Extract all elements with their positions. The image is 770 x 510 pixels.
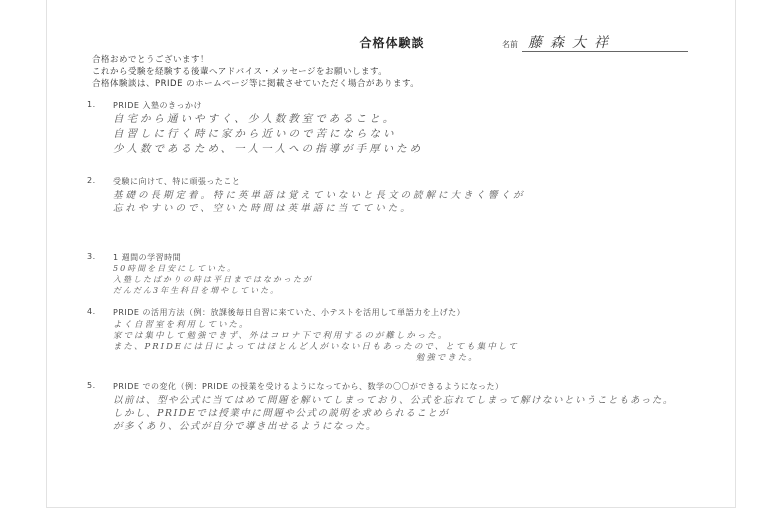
question-text: PRIDE 入塾のきっかけ (113, 100, 202, 111)
experience-form-sheet: 合格体験談 名前 藤森大祥 合格おめでとうございます！ これから受験を経験する後… (46, 0, 736, 508)
intro-line: これから受験を経験する後輩へアドバイス・メッセージをお願いします。 (92, 66, 419, 78)
section-3: 3. 1 週間の学習時間 50時間を目安にしていた。 入塾したばかりの時は平日ま… (87, 252, 313, 296)
section-4: 4. PRIDE の活用方法（例：放課後毎日自習に来ていた、小テストを活用して単… (87, 307, 519, 362)
answer-line: 基礎の長期定着。特に英単語は覚えていないと長文の読解に大きく響くが (113, 187, 526, 200)
question-number: 1. (87, 100, 113, 111)
question-2: 2. 受験に向けて、特に頑張ったこと (87, 176, 526, 187)
name-label: 名前 (502, 39, 518, 52)
intro-line: 合格体験談は、PRIDE のホームページ等に掲載させていただく場合があります。 (92, 78, 419, 90)
question-text: 受験に向けて、特に頑張ったこと (113, 176, 240, 187)
question-text: PRIDE での変化（例：PRIDE の授業を受けるようになってから、数学の〇〇… (113, 381, 504, 392)
answer-line: 50時間を目安にしていた。 (113, 263, 313, 274)
answer-line: だんだん3年生科目を増やしていた。 (113, 285, 313, 296)
intro-line: 合格おめでとうございます！ (92, 54, 419, 66)
answer-line: しかし、PRIDEでは授業中に問題や公式の説明を求められることが (113, 405, 674, 418)
name-value: 藤森大祥 (522, 35, 688, 52)
question-1: 1. PRIDE 入塾のきっかけ (87, 100, 423, 111)
question-3: 3. 1 週間の学習時間 (87, 252, 313, 263)
question-number: 2. (87, 176, 113, 187)
question-number: 5. (87, 381, 113, 392)
question-5: 5. PRIDE での変化（例：PRIDE の授業を受けるようになってから、数学… (87, 381, 674, 392)
name-field: 名前 藤森大祥 (502, 35, 688, 52)
intro-text: 合格おめでとうございます！ これから受験を経験する後輩へアドバイス・メッセージを… (92, 54, 419, 90)
answer-2: 基礎の長期定着。特に英単語は覚えていないと長文の読解に大きく響くが 忘れやすいの… (113, 187, 526, 213)
question-4: 4. PRIDE の活用方法（例：放課後毎日自習に来ていた、小テストを活用して単… (87, 307, 519, 318)
section-2: 2. 受験に向けて、特に頑張ったこと 基礎の長期定着。特に英単語は覚えていないと… (87, 176, 526, 213)
question-number: 4. (87, 307, 113, 318)
answer-line: また、PRIDEには日によってはほとんど人がいない日もあったので、とても集中して (113, 340, 519, 351)
answer-line: 忘れやすいので、空いた時間は英単語に当てていた。 (113, 200, 526, 213)
answer-line: 勉強できた。 (113, 351, 519, 362)
answer-line: 自宅から通いやすく、少人数教室であること。 (113, 111, 423, 126)
answer-line: 少人数であるため、一人一人への指導が手厚いため (113, 141, 423, 156)
answer-line: 入塾したばかりの時は平日まではなかったが (113, 274, 313, 285)
answer-line: 家では集中して勉強できず、外はコロナ下で利用するのが難しかった。 (113, 329, 519, 340)
answer-line: 自習しに行く時に家から近いので苦にならない (113, 126, 423, 141)
answer-5: 以前は、型や公式に当てはめて問題を解いてしまっており、公式を忘れてしまって解けな… (113, 392, 674, 431)
question-text: PRIDE の活用方法（例：放課後毎日自習に来ていた、小テストを活用して単語力を… (113, 307, 465, 318)
section-1: 1. PRIDE 入塾のきっかけ 自宅から通いやすく、少人数教室であること。 自… (87, 100, 423, 156)
answer-4: よく自習室を利用していた。 家では集中して勉強できず、外はコロナ下で利用するのが… (113, 318, 519, 362)
section-5: 5. PRIDE での変化（例：PRIDE の授業を受けるようになってから、数学… (87, 381, 674, 431)
answer-3: 50時間を目安にしていた。 入塾したばかりの時は平日まではなかったが だんだん3… (113, 263, 313, 296)
answer-line: よく自習室を利用していた。 (113, 318, 519, 329)
answer-line: 以前は、型や公式に当てはめて問題を解いてしまっており、公式を忘れてしまって解けな… (113, 392, 674, 405)
answer-1: 自宅から通いやすく、少人数教室であること。 自習しに行く時に家から近いので苦にな… (113, 111, 423, 156)
question-number: 3. (87, 252, 113, 263)
question-text: 1 週間の学習時間 (113, 252, 181, 263)
answer-line: が多くあり、公式が自分で導き出せるようになった。 (113, 418, 674, 431)
